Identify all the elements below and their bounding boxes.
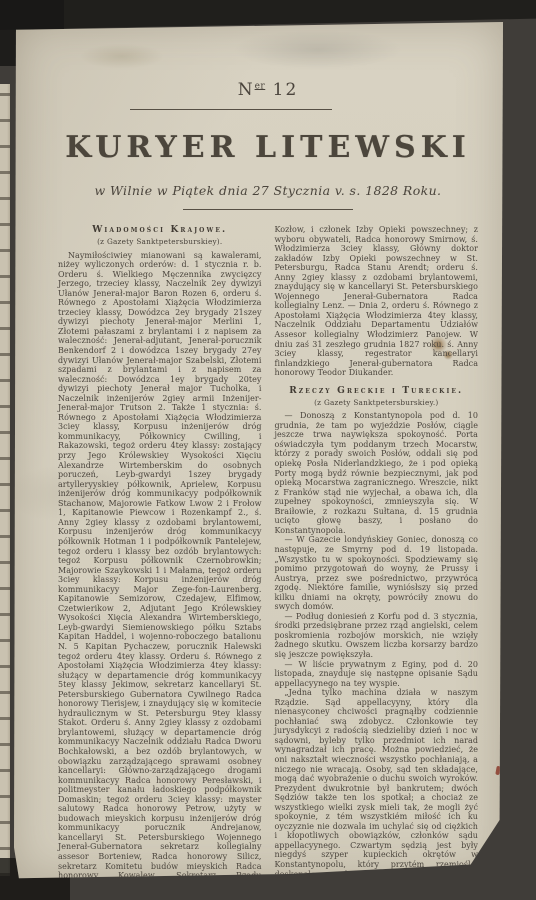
issue-superscript: er: [255, 81, 266, 91]
news-paragraph: — Podług doniesień z Korfu pod d. 3 styc…: [275, 612, 479, 660]
right-column-continuation: Kozłow, i członek Izby Opieki powszechne…: [275, 225, 479, 378]
dateline-rule: [183, 209, 353, 210]
text-columns: Wiadomości Krajowe. (z Gazety Sanktpeter…: [58, 225, 478, 900]
right-section-title: Rzeczy Greckie i Tureckie.: [275, 386, 479, 397]
news-paragraph: — W liście prywatnym z Eginy, pod d. 20 …: [275, 660, 479, 689]
left-column-body: Naymiłościwiey mianowani są kawalerami, …: [58, 251, 262, 891]
photo-backdrop: { "colors": { "backdrop": "#403d39", "to…: [0, 0, 536, 900]
newspaper-page: Ner 12 KURYER LITEWSKI w Wilnie w Piątek…: [14, 22, 504, 880]
masthead-rule: [130, 109, 332, 110]
right-section-source: (z Gazety Sanktpetersburskiey.): [275, 398, 479, 408]
left-section-source: (z Gazety Sanktpetersburskiey).: [58, 237, 262, 247]
newspaper-title: KURYER LITEWSKI: [58, 130, 478, 165]
left-column: Wiadomości Krajowe. (z Gazety Sanktpeter…: [58, 225, 262, 890]
news-paragraph: — W Gazecie londyńskiey Goniec, donoszą …: [275, 535, 479, 611]
dateline: w Wilnie w Piątek dnia 27 Stycznia v. s.…: [58, 183, 478, 198]
issue-value: 12: [273, 80, 299, 100]
news-paragraph: — Donoszą z Konstantynopola pod d. 10 gr…: [275, 411, 479, 535]
adjacent-page-edge: [0, 84, 10, 876]
page-content: Ner 12 KURYER LITEWSKI w Wilnie w Piątek…: [58, 56, 478, 900]
left-section-title: Wiadomości Krajowe.: [58, 225, 262, 236]
right-column: Kozłow, i członek Izby Opieki powszechne…: [275, 225, 479, 900]
red-ink-speck: [495, 766, 501, 776]
news-paragraph: „Jedna tylko machina działa w naszym Rzą…: [275, 688, 479, 900]
issue-number: Ner 12: [58, 80, 478, 100]
issue-prefix: N: [238, 80, 255, 100]
